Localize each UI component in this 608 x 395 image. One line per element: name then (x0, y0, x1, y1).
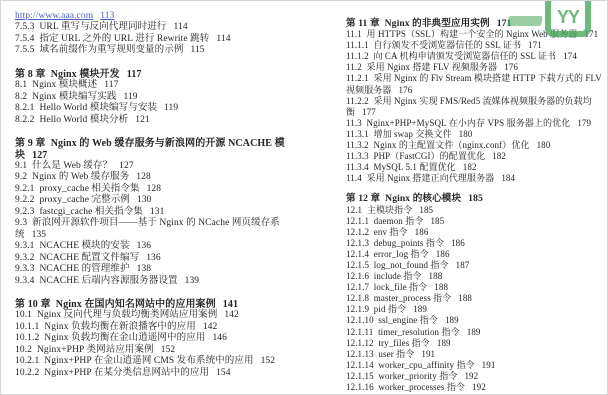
toc-line: 11.1 用 HTTPS（SSL）构建一个安全的 Nginx Web 服务器17… (346, 29, 602, 40)
page-number: 138 (137, 264, 152, 274)
toc-line: 统135 (15, 230, 285, 241)
toc-line-text: 12.1.14 worker_cpu_affinity 指令 (346, 360, 475, 370)
toc-line: 12.1.6 include 指令188 (346, 271, 602, 282)
toc-line-text: 12.1.12 try_files 指令 (346, 338, 430, 348)
toc-line: 9.2.1 proxy_cache 相关指令集128 (15, 184, 285, 195)
toc-line-text: 7.5.4 指定 URL 之外的 URL 进行 Rewrite 跳转 (15, 34, 209, 44)
page-number: 130 (137, 195, 152, 205)
toc-line: 8.2 Nginx 模块编写实践119 (15, 92, 285, 103)
toc-line-text: 12.1.8 master_process 指令 (346, 293, 451, 303)
toc-line: 10.2.1 Nginx+PHP 在金山逍遥网 CMS 发布系统中的应用152 (15, 356, 285, 367)
toc-line: 10.1.2 Nginx 负载均衡在金山逍遥网中的应用146 (15, 333, 285, 344)
page-number: 188 (434, 282, 448, 292)
toc-line: 11.3.4 MySQL 5.1 配置优化182 (346, 162, 602, 173)
page-number: 117 (127, 69, 142, 80)
toc-line-text: 7.5.3 URL 重写与反向代理同时进行 (15, 22, 166, 32)
toc-line-text: 12.1.4 error_log 指令 (346, 249, 429, 259)
toc-line: 11.1.1 自行颁发不受浏览器信任的 SSL 证书171 (346, 40, 602, 51)
page-number: 180 (537, 140, 551, 150)
toc-line-text: 10.1.2 Nginx 负载均衡在金山逍遥网中的应用 (15, 333, 205, 343)
page-number: 176 (504, 62, 518, 72)
page-number: 184 (501, 173, 515, 183)
page-number: 119 (164, 103, 178, 113)
toc-line-text: 11.2 采用 Nginx 搭建 FLV 视频服务器 (346, 62, 497, 72)
toc-line: 11.1.2 向 CA 机构申请颁发受浏览器信任的 SSL 证书174 (346, 51, 602, 62)
page-number: 114 (173, 22, 187, 32)
page-number: 192 (472, 382, 486, 392)
toc-line: 12.1.3 debug_points 指令186 (346, 238, 602, 249)
toc-line: 12.1.12 try_files 指令189 (346, 338, 602, 349)
toc-line-text: 统 (15, 230, 25, 240)
toc-line: 9.2 Nginx 的 Web 缓存服务128 (15, 172, 285, 183)
toc-line-text: 12.1 主模块指令 (346, 205, 412, 215)
toc-line-text: 11.4 采用 Nginx 搭建正向代理服务器 (346, 173, 494, 183)
page-number: 131 (150, 207, 165, 217)
toc-line: 9.2.3 fastcgi_cache 相关指令集131 (15, 207, 285, 218)
toc-line: 9.3.3 NCACHE 的管理维护138 (15, 264, 285, 275)
toc-line-text: 12.1.1 daemon 指令 (346, 216, 423, 226)
page-number: 139 (185, 276, 200, 286)
toc-line-text: 8.1 Nginx 模块概述 (15, 80, 97, 90)
toc-line-text: 12.1.7 lock_file 指令 (346, 282, 427, 292)
toc-page: { "watermark": { "badge_text": "YY", "co… (0, 0, 608, 395)
page-number: 185 (430, 216, 444, 226)
toc-line-text: 12.1.15 worker_priority 指令 (346, 371, 457, 381)
toc-line: 10.1.1 Nginx 负载均衡在新浪播客中的应用142 (15, 322, 285, 333)
toc-line-text: 12.1.3 debug_points 指令 (346, 238, 444, 248)
toc-line: 9.3.4 NCACHE 后端内容源服务器设置139 (15, 276, 285, 287)
page-number: 142 (224, 310, 239, 320)
toc-line-text: 11.2.1 采用 Nginx 的 Flv Stream 模块搭建 HTTP 下… (346, 73, 602, 83)
page-number: 187 (456, 260, 470, 270)
toc-line-text: 8.2.2 Hello World 模块分析 (15, 115, 128, 125)
toc-line: 11.3.2 Nginx 的主配置文件（nginx.conf）优化180 (346, 140, 602, 151)
toc-line-text: 12.1.2 env 指令 (346, 227, 408, 237)
toc-line: 12.1.1 daemon 指令185 (346, 216, 602, 227)
toc-line: 9.3 新浪网开源软件项目——基于 Nginx 的 NCache 网页缓存系 (15, 218, 285, 229)
toc-line: 8.2.1 Hello World 模块编写与安装119 (15, 103, 285, 114)
toc-line-text: 9.2.2 proxy_cache 完整示例 (15, 195, 130, 205)
toc-line-text: 8.2.1 Hello World 模块编写与安装 (15, 103, 157, 113)
toc-line: 10.2.2 Nginx+PHP 在某分类信息网站中的应用154 (15, 368, 285, 379)
toc-line-text: 第 10 章 Nginx 在国内知名网站中的应用案例 (15, 299, 216, 310)
toc-line-text: 11.2.2 采用 Nginx 实现 FMS/Red5 流媒体视频服务器的负载均 (346, 96, 592, 106)
toc-line-text: http://www.aaa.com (15, 11, 93, 21)
toc-line: 9.3.2 NCACHE 配置文件编写136 (15, 253, 285, 264)
page-number: 142 (203, 322, 218, 332)
toc-line: 7.5.3 URL 重写与反向代理同时进行114 (15, 22, 285, 33)
toc-line-text: 11.3.4 MySQL 5.1 配置优化 (346, 162, 456, 172)
toc-line: 11.4 采用 Nginx 搭建正向代理服务器184 (346, 173, 602, 184)
page-number: 171 (528, 40, 542, 50)
toc-line: 12.1.10 ssl_engine 指令189 (346, 315, 602, 326)
toc-line: 11.2.1 采用 Nginx 的 Flv Stream 模块搭建 HTTP 下… (346, 73, 602, 84)
page-number: 121 (135, 115, 150, 125)
toc-line-text: 9.3.2 NCACHE 配置文件编写 (15, 253, 139, 263)
toc-line-text: 11.3 Nginx+PHP+MySQL 在小内存 VPS 服务器上的优化 (346, 118, 570, 128)
toc-line-text: 11.3.1 增加 swap 交换文件 (346, 129, 452, 139)
page-number: 154 (216, 368, 231, 378)
toc-line-text: 12.1.6 include 指令 (346, 271, 422, 281)
page-number: 113 (100, 11, 114, 21)
toc-line: 12.1.14 worker_cpu_affinity 指令191 (346, 360, 602, 371)
toc-line-text: 第 9 章 Nginx 的 Web 缓存服务与新浪网的开源 NCACHE 模 (15, 138, 285, 149)
toc-line-text: 9.1 什么是 Web 缓存？ (15, 161, 112, 171)
toc-line: 11.3.3 PHP（FastCGI）的配置优化182 (346, 151, 602, 162)
toc-line: 9.2.2 proxy_cache 完整示例130 (15, 195, 285, 206)
toc-line-text: 10.2.2 Nginx+PHP 在某分类信息网站中的应用 (15, 368, 209, 378)
toc-line: 12.1.11 timer_resolution 指令189 (346, 327, 602, 338)
toc-line: 11.3.1 增加 swap 交换文件180 (346, 129, 602, 140)
page-number: 171 (497, 18, 512, 29)
toc-line-text: 10.2.1 Nginx+PHP 在金山逍遥网 CMS 发布系统中的应用 (15, 356, 254, 366)
page-number: 186 (415, 227, 429, 237)
toc-line-text: 12.1.16 worker_processes 指令 (346, 382, 465, 392)
toc-line-text: 12.1.5 log_not_found 指令 (346, 260, 449, 270)
toc-line: 10.1 Nginx 反向代理与负载均衡类网站应用案例142 (15, 310, 285, 321)
toc-line-text: 9.2.1 proxy_cache 相关指令集 (15, 184, 140, 194)
page-number: 189 (437, 338, 451, 348)
toc-line: 12.1.16 worker_processes 指令192 (346, 382, 602, 393)
page-number: 127 (32, 150, 47, 161)
toc-column-right: 第 11 章 Nginx 的非典型应用实例17111.1 用 HTTPS（SSL… (346, 11, 602, 393)
toc-line: 11.2.2 采用 Nginx 实现 FMS/Red5 流媒体视频服务器的负载均 (346, 96, 602, 107)
page-number: 152 (261, 356, 276, 366)
page-number: 188 (458, 293, 472, 303)
toc-line: 8.1 Nginx 模块概述117 (15, 80, 285, 91)
toc-line-text: 衡 (346, 107, 355, 117)
toc-line: 12.1.2 env 指令186 (346, 227, 602, 238)
toc-line-text: 9.3.1 NCACHE 模块的安装 (15, 241, 130, 251)
toc-line-text: 9.3 新浪网开源软件项目——基于 Nginx 的 NCache 网页缓存系 (15, 218, 280, 228)
page-number: 136 (146, 253, 161, 263)
toc-line: 7.5.5 域名前缀作为重写规则变量的示例115 (15, 45, 285, 56)
toc-line: 12.1.15 worker_priority 指令192 (346, 371, 602, 382)
toc-chapter-heading: 第 10 章 Nginx 在国内知名网站中的应用案例141 (15, 299, 285, 310)
toc-line-text: 第 8 章 Nginx 模块开发 (15, 69, 120, 80)
page-number: 141 (223, 299, 238, 310)
toc-line-text: 11.3.3 PHP（FastCGI）的配置优化 (346, 151, 485, 161)
toc-line-text: 视频服务器 (346, 85, 392, 95)
toc-line-text: 9.3.3 NCACHE 的管理维护 (15, 264, 130, 274)
toc-line-text: 7.5.5 域名前缀作为重写规则变量的示例 (15, 45, 183, 55)
page-number: 182 (492, 151, 506, 161)
toc-line: 12.1.8 master_process 指令188 (346, 293, 602, 304)
toc-line: 8.2.2 Hello World 模块分析121 (15, 115, 285, 126)
toc-line-text: 10.1.1 Nginx 负载均衡在新浪播客中的应用 (15, 322, 196, 332)
page-number: 182 (463, 162, 477, 172)
toc-line-text: 第 11 章 Nginx 的非典型应用实例 (346, 18, 490, 29)
toc-line: 11.2 采用 Nginx 搭建 FLV 视频服务器176 (346, 62, 602, 73)
page-number: 127 (119, 161, 134, 171)
page-number: 115 (190, 45, 204, 55)
page-number: 192 (464, 371, 478, 381)
toc-chapter-heading: 第 9 章 Nginx 的 Web 缓存服务与新浪网的开源 NCACHE 模 (15, 138, 285, 149)
page-number: 188 (429, 271, 443, 281)
toc-line: 12.1.9 pid 指令189 (346, 304, 602, 315)
toc-line-text: 10.2 Nginx+PHP 类网站应用案例 (15, 345, 154, 355)
page-number: 176 (399, 85, 413, 95)
page-number: 191 (482, 360, 496, 370)
toc-line-text: 11.1.2 向 CA 机构申请颁发受浏览器信任的 SSL 证书 (346, 51, 556, 61)
page-number: 128 (147, 184, 162, 194)
toc-line-text: 12.1.13 user 指令 (346, 349, 414, 359)
page-number: 136 (137, 241, 152, 251)
page-number: 117 (104, 80, 118, 90)
toc-column-left: http://www.aaa.com1137.5.3 URL 重写与反向代理同时… (15, 11, 285, 379)
page-number: 171 (584, 29, 598, 39)
page-number: 185 (419, 205, 433, 215)
toc-line: 12.1.4 error_log 指令186 (346, 249, 602, 260)
page-number: 186 (451, 238, 465, 248)
toc-line: 9.3.1 NCACHE 模块的安装136 (15, 241, 285, 252)
toc-line-text: 块 (15, 150, 25, 161)
page-number: 135 (32, 230, 47, 240)
page-number: 191 (421, 349, 435, 359)
toc-line: 12.1.5 log_not_found 指令187 (346, 260, 602, 271)
toc-link[interactable]: http://www.aaa.com113 (15, 11, 285, 22)
toc-line-text: 9.2 Nginx 的 Web 缓存服务 (15, 172, 129, 182)
toc-line-text: 9.3.4 NCACHE 后端内容源服务器设置 (15, 276, 178, 286)
toc-line-text: 11.1 用 HTTPS（SSL）构建一个安全的 Nginx Web 服务器 (346, 29, 577, 39)
toc-line: 11.3 Nginx+PHP+MySQL 在小内存 VPS 服务器上的优化179 (346, 118, 602, 129)
toc-line-text: 11.3.2 Nginx 的主配置文件（nginx.conf）优化 (346, 140, 530, 150)
page-number: 119 (123, 92, 137, 102)
page-number: 179 (577, 118, 591, 128)
toc-line-text: 10.1 Nginx 反向代理与负载均衡类网站应用案例 (15, 310, 217, 320)
toc-line-text: 12.1.9 pid 指令 (346, 304, 406, 314)
toc-line: 衡177 (346, 107, 602, 118)
toc-chapter-heading: 第 11 章 Nginx 的非典型应用实例171 (346, 18, 602, 29)
toc-chapter-heading: 第 8 章 Nginx 模块开发117 (15, 69, 285, 80)
toc-line-text: 12.1.11 timer_resolution 指令 (346, 327, 460, 337)
toc-line: 9.1 什么是 Web 缓存？127 (15, 161, 285, 172)
toc-line: 12.1.13 user 指令191 (346, 349, 602, 360)
toc-line: 12.1 主模块指令185 (346, 205, 602, 216)
page-number: 177 (362, 107, 376, 117)
toc-line-text: 第 12 章 Nginx 的核心模块 (346, 193, 461, 204)
toc-line-text: 9.2.3 fastcgi_cache 相关指令集 (15, 207, 143, 217)
page-number: 186 (436, 249, 450, 259)
page-number: 189 (445, 315, 459, 325)
page-number: 174 (563, 51, 577, 61)
toc-line-text: 8.2 Nginx 模块编写实践 (15, 92, 116, 102)
toc-line: 10.2 Nginx+PHP 类网站应用案例152 (15, 345, 285, 356)
page-number: 185 (468, 193, 483, 204)
page-number: 189 (467, 327, 481, 337)
page-number: 128 (136, 172, 151, 182)
toc-chapter-heading: 第 12 章 Nginx 的核心模块185 (346, 193, 602, 204)
toc-line: 7.5.4 指定 URL 之外的 URL 进行 Rewrite 跳转114 (15, 34, 285, 45)
toc-line: 块127 (15, 150, 285, 161)
page-number: 114 (216, 34, 230, 44)
page-number: 146 (212, 333, 227, 343)
toc-line-text: 12.1.10 ssl_engine 指令 (346, 315, 438, 325)
toc-line: 视频服务器176 (346, 85, 602, 96)
page-number: 189 (413, 304, 427, 314)
page-number: 152 (161, 345, 176, 355)
toc-line-text: 11.1.1 自行颁发不受浏览器信任的 SSL 证书 (346, 40, 521, 50)
page-number: 180 (459, 129, 473, 139)
toc-line: 12.1.7 lock_file 指令188 (346, 282, 602, 293)
